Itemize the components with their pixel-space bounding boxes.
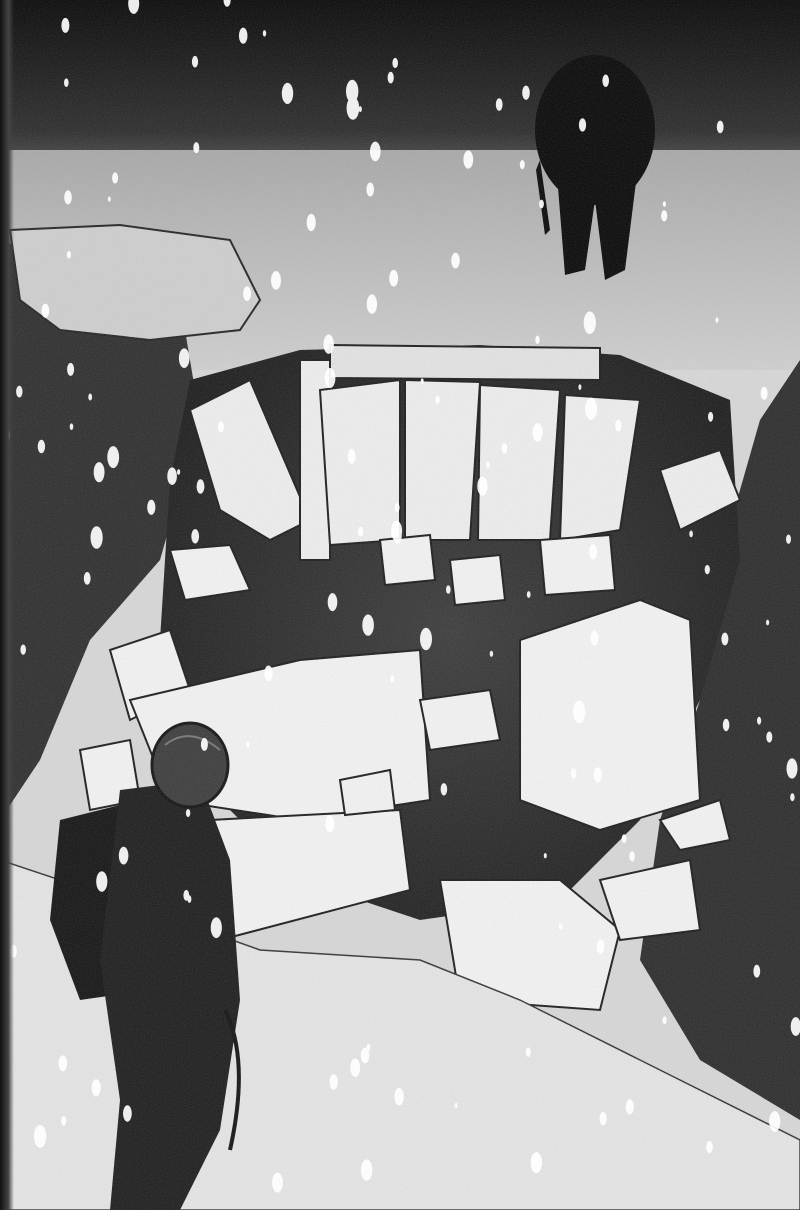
illustration	[0, 0, 800, 1210]
manga-page	[0, 0, 800, 1210]
page-gutter	[0, 0, 14, 1210]
